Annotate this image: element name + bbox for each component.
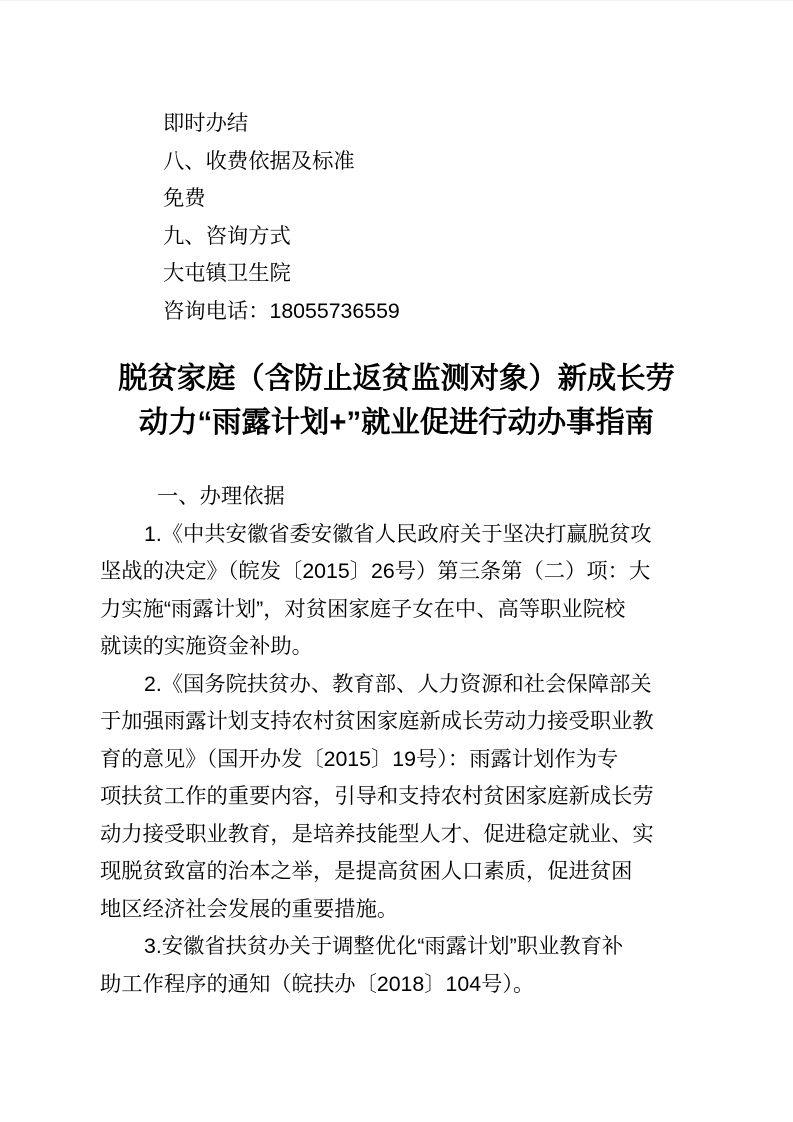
field-value-organization: 大屯镇卫生院 xyxy=(100,255,693,293)
paragraph-line: 助工作程序的通知（皖扶办〔2018〕104号）。 xyxy=(100,966,693,1004)
paragraph-2: 2.《国务院扶贫办、教育部、人力资源和社会保障部关 于加强雨露计划支持农村贫困家… xyxy=(100,666,693,929)
paragraph-line: 项扶贫工作的重要内容，引导和支持农村贫困家庭新成长劳 xyxy=(100,778,693,816)
document-title-line-2: 动力“雨露计划+”就业促进行动办事指南 xyxy=(100,401,693,445)
paragraph-line: 育的意见》（国开办发〔2015〕19号）：雨露计划作为专 xyxy=(100,741,693,779)
section-heading-basis: 一、办理依据 xyxy=(100,478,693,516)
paragraph-line: 就读的实施资金补助。 xyxy=(100,628,693,666)
body-section: 一、办理依据 1.《中共安徽省委安徽省人民政府关于坚决打赢脱贫攻 坚战的决定》（… xyxy=(100,478,693,1003)
section-heading-consultation: 九、咨询方式 xyxy=(100,218,693,256)
document-page: 即时办结 八、收费依据及标准 免费 九、咨询方式 大屯镇卫生院 咨询电话：180… xyxy=(0,0,793,1122)
paragraph-line: 地区经济社会发展的重要措施。 xyxy=(100,891,693,929)
paragraph-line: 1.《中共安徽省委安徽省人民政府关于坚决打赢脱贫攻 xyxy=(100,516,693,554)
paragraph-line: 力实施“雨露计划”，对贫困家庭子女在中、高等职业院校 xyxy=(100,591,693,629)
paragraph-line: 动力接受职业教育，是培养技能型人才、促进稳定就业、实 xyxy=(100,816,693,854)
field-value-fee: 免费 xyxy=(100,180,693,218)
document-title: 脱贫家庭（含防止返贫监测对象）新成长劳 动力“雨露计划+”就业促进行动办事指南 xyxy=(100,357,693,445)
field-value-processing-time: 即时办结 xyxy=(100,105,693,143)
paragraph-line: 3.安徽省扶贫办关于调整优化“雨露计划”职业教育补 xyxy=(100,928,693,966)
top-section: 即时办结 八、收费依据及标准 免费 九、咨询方式 大屯镇卫生院 咨询电话：180… xyxy=(100,105,693,330)
paragraph-line: 于加强雨露计划支持农村贫困家庭新成长劳动力接受职业教 xyxy=(100,703,693,741)
field-value-phone: 咨询电话：18055736559 xyxy=(100,293,693,331)
section-heading-fees: 八、收费依据及标准 xyxy=(100,143,693,181)
document-title-line-1: 脱贫家庭（含防止返贫监测对象）新成长劳 xyxy=(100,357,693,401)
paragraph-1: 1.《中共安徽省委安徽省人民政府关于坚决打赢脱贫攻 坚战的决定》（皖发〔2015… xyxy=(100,516,693,666)
document-content: 即时办结 八、收费依据及标准 免费 九、咨询方式 大屯镇卫生院 咨询电话：180… xyxy=(100,105,693,1003)
paragraph-line: 现脱贫致富的治本之举，是提高贫困人口素质，促进贫困 xyxy=(100,853,693,891)
paragraph-3: 3.安徽省扶贫办关于调整优化“雨露计划”职业教育补 助工作程序的通知（皖扶办〔2… xyxy=(100,928,693,1003)
paragraph-line: 坚战的决定》（皖发〔2015〕26号）第三条第（二）项：大 xyxy=(100,553,693,591)
paragraph-line: 2.《国务院扶贫办、教育部、人力资源和社会保障部关 xyxy=(100,666,693,704)
